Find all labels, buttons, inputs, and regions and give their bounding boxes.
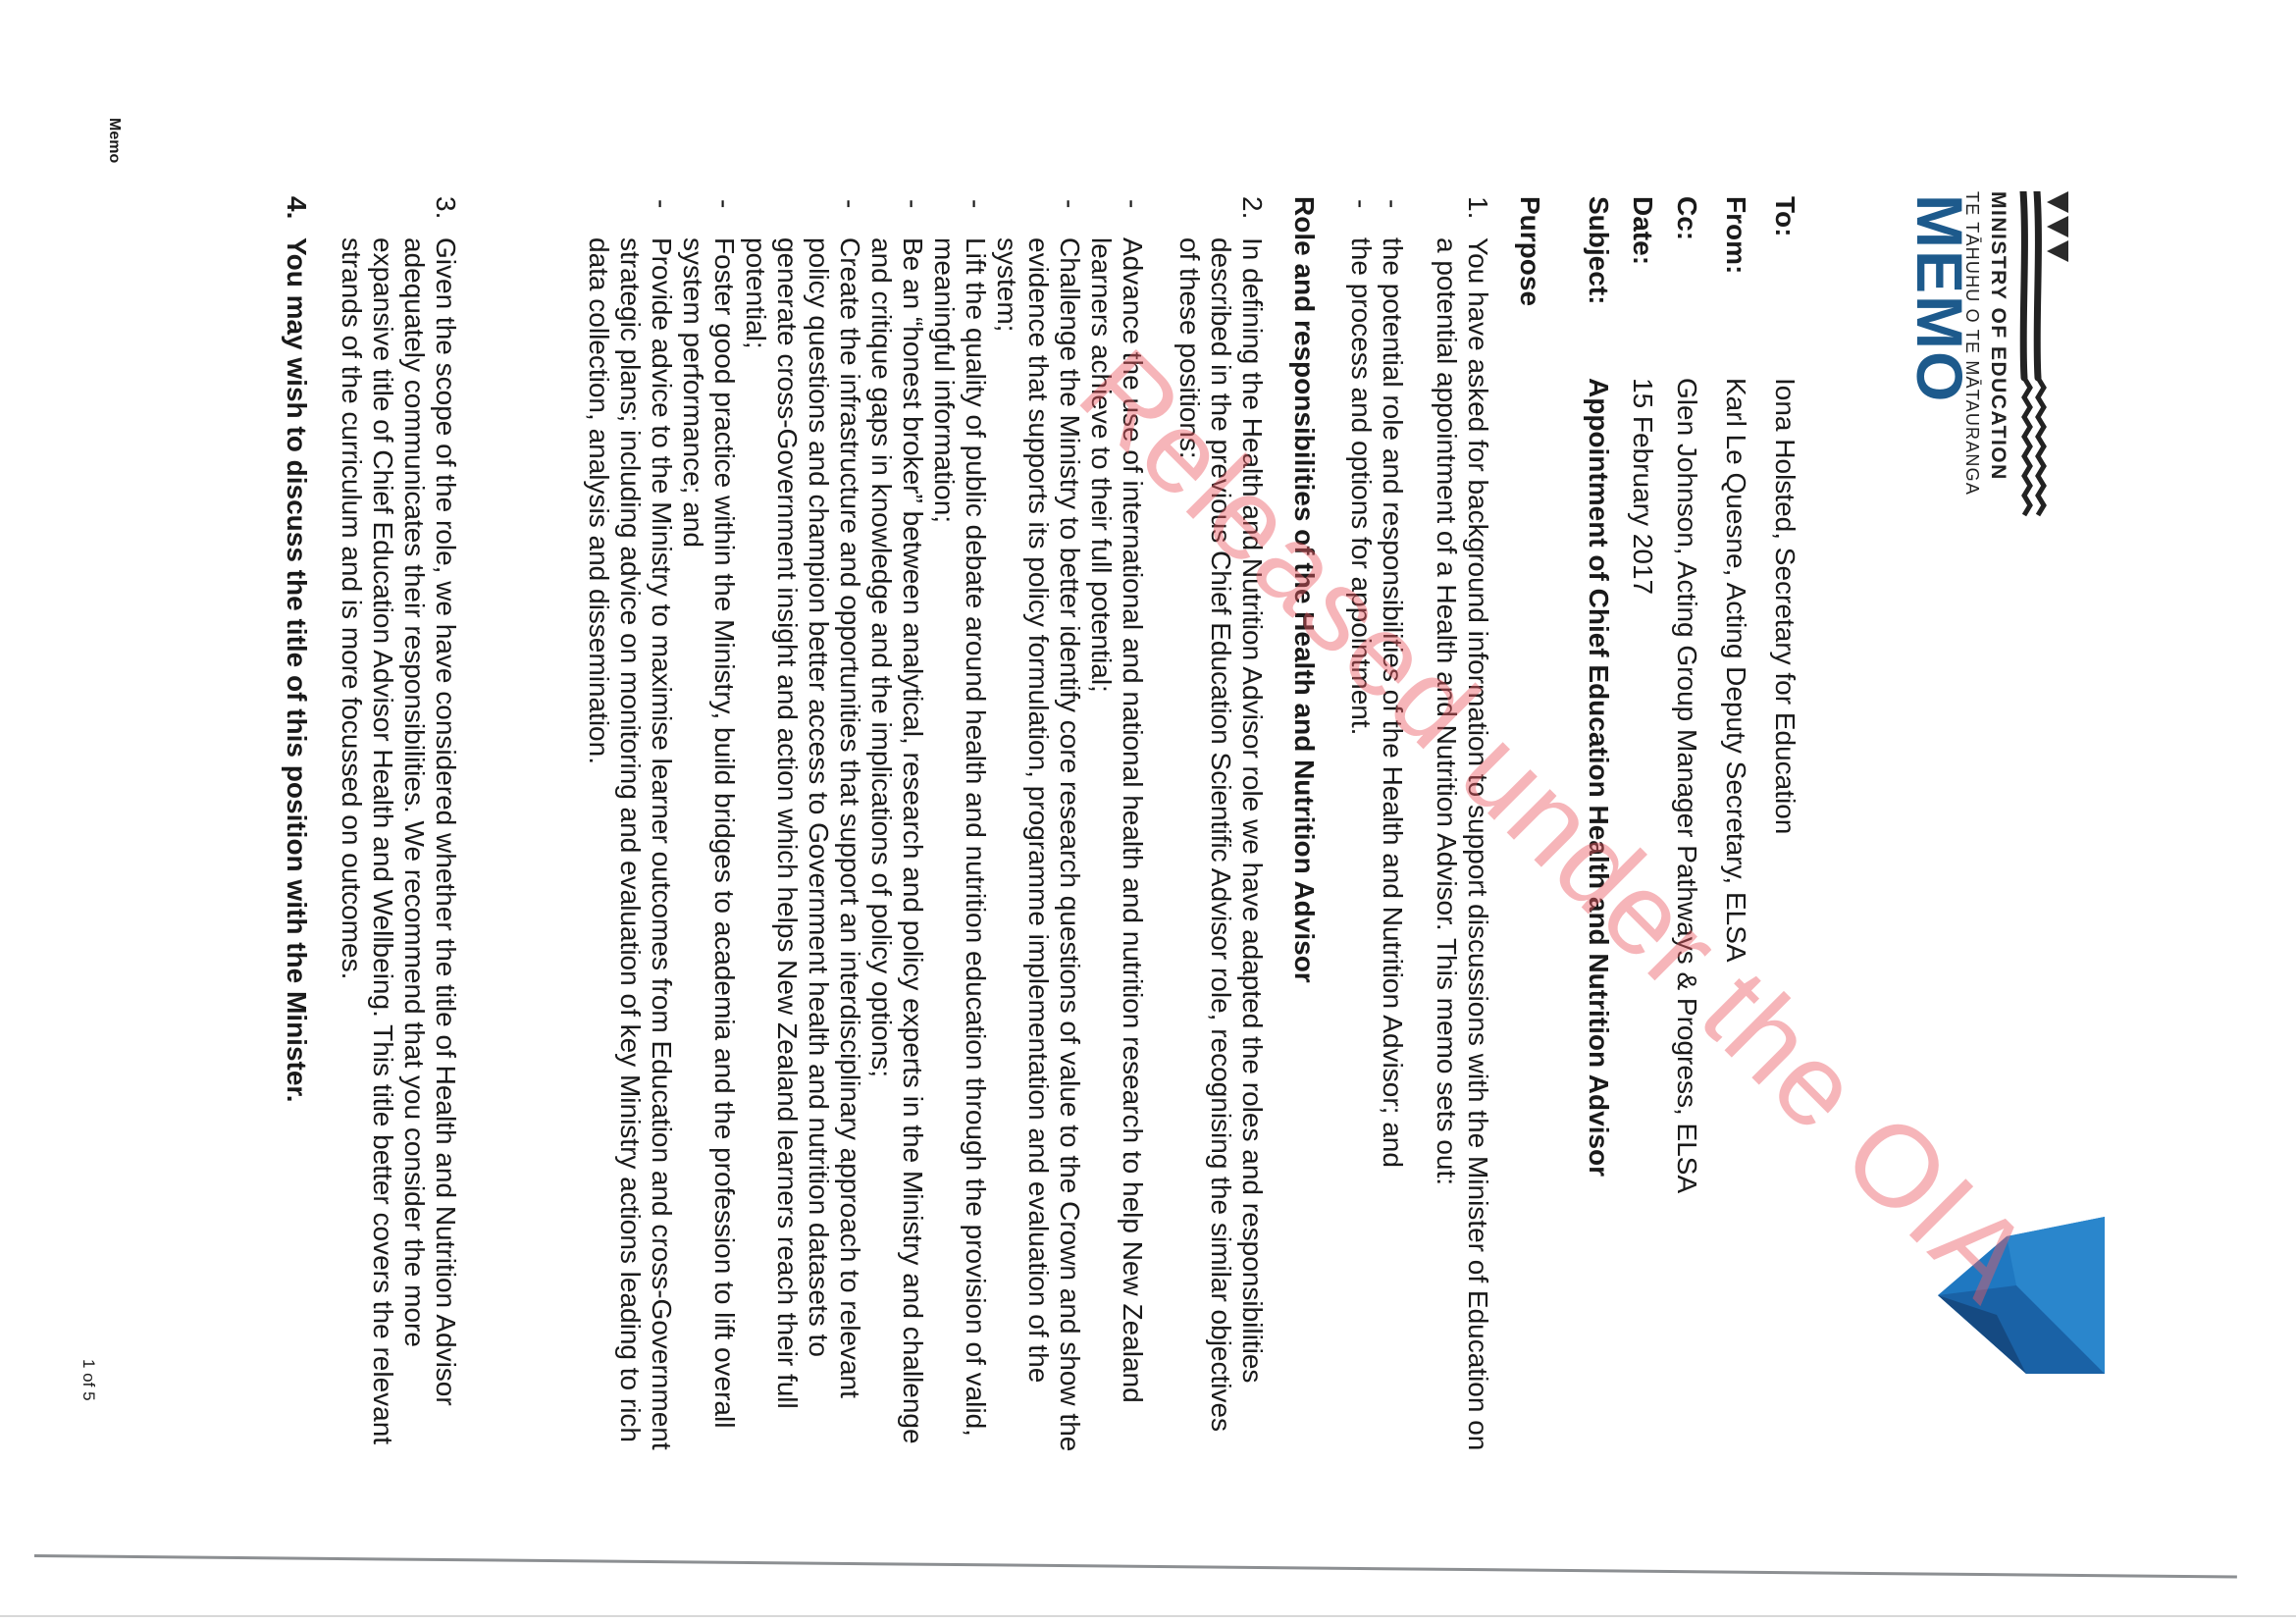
list-item: -the potential role and responsibilities…	[1377, 196, 1408, 1452]
corner-decoration-icon	[1938, 1217, 2105, 1374]
bullet-dash: -	[1377, 199, 1408, 208]
field-label: Date:	[1627, 196, 1658, 378]
header-to: To: Iona Holsted, Secretary for Educatio…	[1769, 196, 1800, 834]
paragraph-4: 4. You may wish to discuss the title of …	[281, 196, 312, 1452]
list-item: -Be an “honest broker” between analytica…	[865, 196, 928, 1452]
field-value: Appointment of Chief Education Health an…	[1583, 378, 1614, 1177]
header-cc: Cc: Glen Johnson, Acting Group Manager P…	[1671, 196, 1702, 1193]
scan-bottom-line	[0, 1615, 2296, 1617]
paragraph-2: 2. In defining the Health and Nutrition …	[1174, 196, 1268, 1452]
bullet-dash: -	[960, 199, 991, 208]
list-item: -Provide advice to the Ministry to maxim…	[583, 196, 677, 1452]
purpose-bullet-list: -the potential role and responsibilities…	[1345, 196, 1408, 1452]
field-label: Subject:	[1583, 196, 1614, 378]
list-item: -Lift the quality of public debate aroun…	[928, 196, 991, 1452]
section-heading-purpose: Purpose	[1514, 196, 1545, 306]
bullet-dash: -	[897, 199, 928, 208]
bullet-dash: -	[708, 199, 740, 208]
paragraph-text: You may wish to discuss the title of thi…	[281, 237, 312, 1452]
paragraph-text: Given the scope of the role, we have con…	[336, 237, 461, 1452]
section-heading-role: Role and responsibilities of the Health …	[1288, 196, 1320, 983]
paragraph-text: In defining the Health and Nutrition Adv…	[1174, 237, 1268, 1452]
header-date: Date: 15 February 2017	[1627, 196, 1658, 595]
bullet-dash: -	[646, 199, 677, 208]
list-item: -Create the infrastructure and opportuni…	[740, 196, 865, 1452]
paragraph-number: 2.	[1236, 196, 1268, 219]
paragraph-text: You have asked for background informatio…	[1431, 237, 1493, 1452]
bullet-dash: -	[1345, 199, 1377, 208]
header-from: From: Karl Le Quesne, Acting Deputy Secr…	[1720, 196, 1751, 963]
field-label: Cc:	[1671, 196, 1702, 378]
field-value: Karl Le Quesne, Acting Deputy Secretary,…	[1720, 378, 1751, 963]
field-label: To:	[1769, 196, 1800, 378]
paragraph-1: 1. You have asked for background informa…	[1431, 196, 1493, 1452]
memo-page: MINISTRY OF EDUCATION TE TĀHUHU O TE MĀT…	[0, 0, 2296, 1623]
field-value: 15 February 2017	[1627, 378, 1658, 595]
paragraph-number: 1.	[1462, 196, 1493, 219]
bullet-dash: -	[1117, 199, 1148, 208]
bullet-dash: -	[834, 199, 865, 208]
org-name: MINISTRY OF EDUCATION	[1986, 191, 2009, 481]
bullet-dash: -	[1054, 199, 1085, 208]
footer-doc-label: Memo	[105, 118, 123, 163]
doc-type-title: MEMO	[1903, 194, 1977, 403]
field-value: Glen Johnson, Acting Group Manager Pathw…	[1671, 378, 1702, 1193]
list-item: -Challenge the Ministry to better identi…	[991, 196, 1085, 1452]
page-indicator: 1 of 5	[78, 1359, 98, 1401]
paragraph-3: 3. Given the scope of the role, we have …	[336, 196, 461, 1452]
list-item: -Advance the use of international and na…	[1085, 196, 1148, 1452]
list-item: -Foster good practice within the Ministr…	[677, 196, 740, 1452]
header-subject: Subject: Appointment of Chief Education …	[1583, 196, 1614, 1177]
field-label: From:	[1720, 196, 1751, 378]
field-value: Iona Holsted, Secretary for Education	[1769, 378, 1800, 834]
ministry-logo-mark-icon	[2011, 191, 2070, 525]
paragraph-number: 4.	[281, 196, 312, 219]
list-item: -the process and options for appointment…	[1345, 196, 1377, 1452]
paragraph-number: 3.	[430, 196, 461, 219]
role-bullet-list: -Advance the use of international and na…	[583, 196, 1148, 1452]
